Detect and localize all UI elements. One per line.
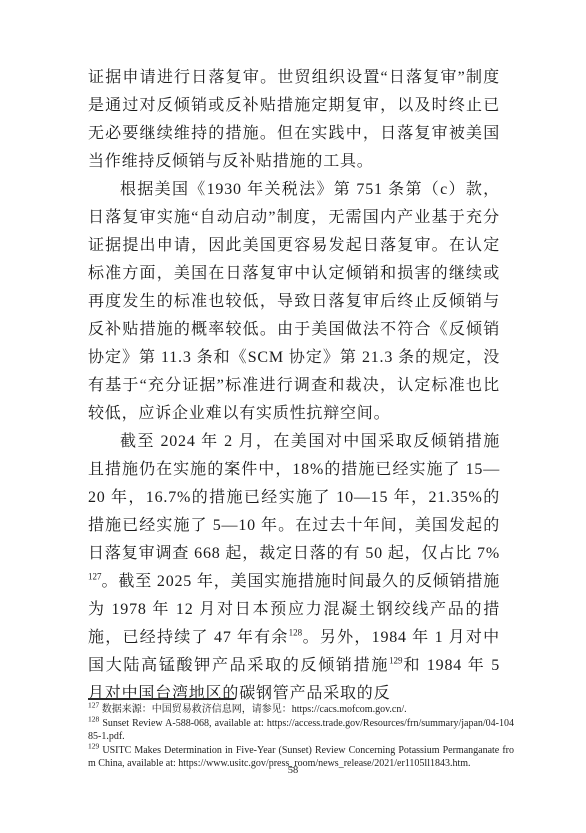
page-number: 58 — [0, 765, 586, 776]
footnote-ref: 128 — [289, 628, 303, 638]
footnote: 127 数据来源：中国贸易救济信息网，请参见：https://cacs.mofc… — [88, 703, 514, 717]
paragraph: 根据美国《1930 年关税法》第 751 条第（c）款，日落复审实施“自动启动”… — [88, 176, 500, 428]
paragraph: 截至 2024 年 2 月，在美国对中国采取反倾销措施且措施仍在实施的案件中，1… — [88, 428, 500, 708]
footnotes: 127 数据来源：中国贸易救济信息网，请参见：https://cacs.mofc… — [88, 703, 514, 771]
footnote-marker: 128 — [88, 714, 99, 723]
footnote: 128 Sunset Review A-588-068, available a… — [88, 717, 514, 744]
document-page: 证据申请进行日落复审。世贸组织设置“日落复审”制度是通过对反倾销或反补贴措施定期… — [0, 0, 586, 833]
page-body: 证据申请进行日落复审。世贸组织设置“日落复审”制度是通过对反倾销或反补贴措施定期… — [88, 64, 500, 708]
footnote-ref: 129 — [389, 656, 403, 666]
footnote-separator — [88, 698, 234, 700]
footnote-marker: 127 — [88, 701, 99, 710]
paragraph: 证据申请进行日落复审。世贸组织设置“日落复审”制度是通过对反倾销或反补贴措施定期… — [88, 64, 500, 176]
footnote-ref: 127 — [88, 572, 102, 582]
footnote-marker: 129 — [88, 741, 99, 750]
